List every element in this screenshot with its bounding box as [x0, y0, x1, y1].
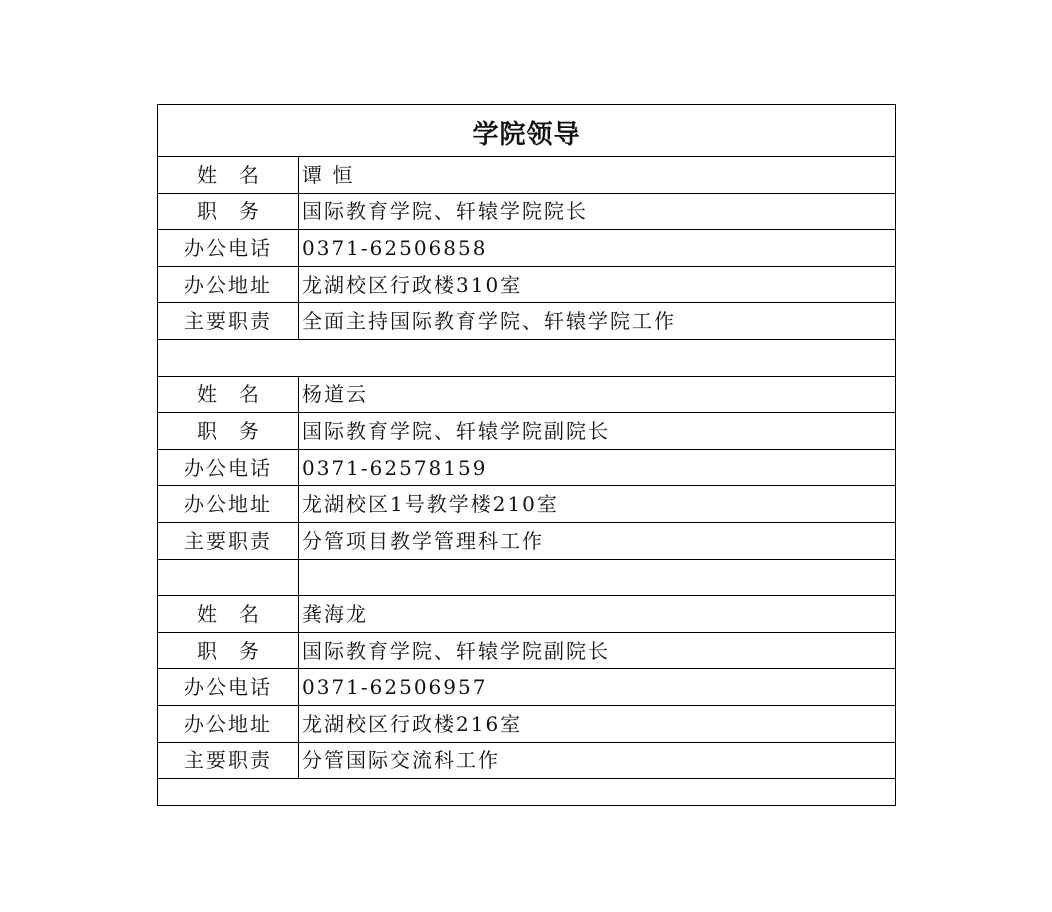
table-row: 主要职责 分管项目教学管理科工作 [158, 522, 896, 559]
leadership-table: 学院领导 姓名 谭 恒 职务 国际教育学院、轩辕学院院长 办公电话 0371-6… [157, 104, 896, 806]
address-label: 办公地址 [158, 266, 299, 303]
page-title: 学院领导 [158, 105, 896, 157]
phone-label: 办公电话 [158, 449, 299, 486]
empty-cell [158, 779, 896, 806]
leader-address: 龙湖校区1号教学楼210室 [299, 486, 896, 523]
name-label: 姓名 [158, 596, 299, 633]
table-row: 办公电话 0371-62578159 [158, 449, 896, 486]
table-row: 办公地址 龙湖校区行政楼310室 [158, 266, 896, 303]
table-row: 职务 国际教育学院、轩辕学院副院长 [158, 413, 896, 450]
leadership-sheet: 学院领导 姓名 谭 恒 职务 国际教育学院、轩辕学院院长 办公电话 0371-6… [157, 104, 896, 806]
leader-name: 杨道云 [299, 376, 896, 413]
empty-cell [299, 559, 896, 596]
name-label: 姓名 [158, 157, 299, 194]
title-row: 学院领导 [158, 105, 896, 157]
table-row: 主要职责 分管国际交流科工作 [158, 742, 896, 779]
table-row: 办公地址 龙湖校区1号教学楼210室 [158, 486, 896, 523]
position-label: 职务 [158, 193, 299, 230]
leader-address: 龙湖校区行政楼216室 [299, 705, 896, 742]
duties-label: 主要职责 [158, 303, 299, 340]
empty-cell [158, 339, 896, 376]
table-row: 办公地址 龙湖校区行政楼216室 [158, 705, 896, 742]
leader-duties: 分管项目教学管理科工作 [299, 522, 896, 559]
position-label: 职务 [158, 632, 299, 669]
table-row: 姓名 杨道云 [158, 376, 896, 413]
name-label: 姓名 [158, 376, 299, 413]
table-row: 办公电话 0371-62506858 [158, 230, 896, 267]
leader-phone: 0371-62578159 [299, 449, 896, 486]
empty-cell [158, 559, 299, 596]
phone-label: 办公电话 [158, 230, 299, 267]
leader-duties: 全面主持国际教育学院、轩辕学院工作 [299, 303, 896, 340]
leader-duties: 分管国际交流科工作 [299, 742, 896, 779]
separator-row [158, 339, 896, 376]
address-label: 办公地址 [158, 705, 299, 742]
position-label: 职务 [158, 413, 299, 450]
leader-name: 谭 恒 [299, 157, 896, 194]
leader-phone: 0371-62506957 [299, 669, 896, 706]
leader-phone: 0371-62506858 [299, 230, 896, 267]
table-row: 职务 国际教育学院、轩辕学院副院长 [158, 632, 896, 669]
table-row: 主要职责 全面主持国际教育学院、轩辕学院工作 [158, 303, 896, 340]
separator-row [158, 779, 896, 806]
leader-position: 国际教育学院、轩辕学院副院长 [299, 632, 896, 669]
table-row: 姓名 龚海龙 [158, 596, 896, 633]
leader-address: 龙湖校区行政楼310室 [299, 266, 896, 303]
table-row: 姓名 谭 恒 [158, 157, 896, 194]
leader-name: 龚海龙 [299, 596, 896, 633]
leader-position: 国际教育学院、轩辕学院院长 [299, 193, 896, 230]
table-row: 职务 国际教育学院、轩辕学院院长 [158, 193, 896, 230]
leader-position: 国际教育学院、轩辕学院副院长 [299, 413, 896, 450]
address-label: 办公地址 [158, 486, 299, 523]
duties-label: 主要职责 [158, 522, 299, 559]
table-row: 办公电话 0371-62506957 [158, 669, 896, 706]
duties-label: 主要职责 [158, 742, 299, 779]
separator-row [158, 559, 896, 596]
phone-label: 办公电话 [158, 669, 299, 706]
